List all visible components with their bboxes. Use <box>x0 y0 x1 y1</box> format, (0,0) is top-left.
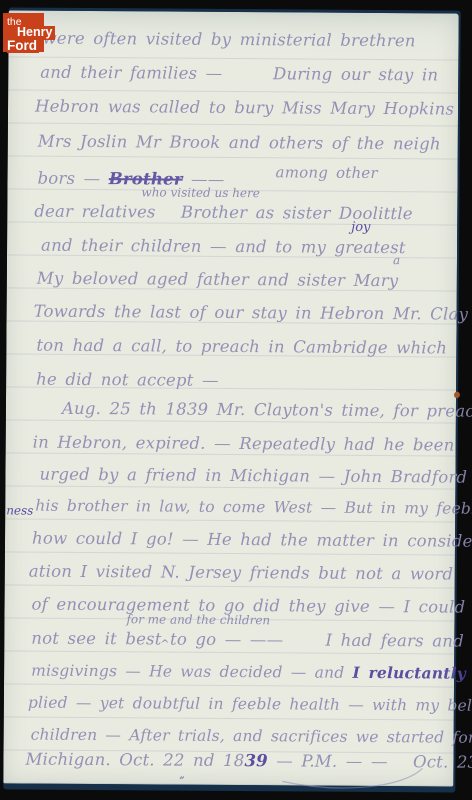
line-text: misgivings — He was decided — and <box>31 662 353 682</box>
line-text: I had fears and <box>325 631 464 651</box>
interlinear-insertion: joy <box>351 220 370 235</box>
handwriting-line: misgivings — He was decided — and I relu… <box>31 661 472 683</box>
manuscript-book-edge: were often visited by ministerial brethr… <box>3 7 460 792</box>
margin-note: ness <box>6 503 33 517</box>
handwriting-line: were often visited by ministerial brethr… <box>42 29 415 51</box>
henry-ford-logo: the Henry Ford <box>3 13 44 52</box>
foxing-spot <box>454 392 460 399</box>
overwritten-text: 39 <box>244 751 268 770</box>
handwriting-line: how could I go! — He had the matter in c… <box>32 529 472 551</box>
handwriting-line: in Hebron, expired. — Repeatedly had he … <box>33 433 455 455</box>
line-text-raised: among other <box>276 163 378 182</box>
handwriting-line: not see it best to go — —— I had fears a… <box>31 629 464 651</box>
line-text: com <box>466 665 472 683</box>
ditto-mark: „ <box>179 770 184 781</box>
caret-mark: ^ <box>160 638 169 651</box>
interlinear-insertion: for me and the children <box>126 612 270 627</box>
overwritten-text: I reluctantly <box>352 663 466 683</box>
handwriting-line: Towards the last of our stay in Hebron M… <box>34 302 469 324</box>
handwriting-line: and their children — and to my greatest <box>41 236 406 258</box>
handwriting-line: My beloved aged father and sister Mary <box>37 269 399 291</box>
handwriting-line: and their families — During our stay in <box>40 63 438 85</box>
interlinear-insertion: who visited us here <box>141 185 260 200</box>
scanned-document-view: were often visited by ministerial brethr… <box>0 0 472 800</box>
handwriting-line: he did not accept — <box>36 370 219 390</box>
line-text: bors — <box>37 169 108 188</box>
interlinear-insertion: a <box>393 253 400 267</box>
handwriting-line: Mrs Joslin Mr Brook and others of the ne… <box>38 132 441 154</box>
handwriting-line: Hebron was called to bury Miss Mary Hopk… <box>35 97 454 119</box>
handwriting-line: ton had a call, to preach in Cambridge w… <box>36 336 447 358</box>
handwriting-line: Aug. 25 th 1839 Mr. Clayton's time, for … <box>62 399 472 421</box>
flourish-mark <box>277 765 427 794</box>
logo-word-ford: Ford <box>7 39 39 53</box>
line-text: Michigan. Oct. 22 nd 18 <box>25 750 244 771</box>
handwriting-line: children — After trials, and sacrifices … <box>31 726 472 747</box>
handwriting-line: ation I visited N. Jersey friends but no… <box>29 562 454 584</box>
handwriting-line: urged by a friend in Michigan — John Bra… <box>39 465 467 487</box>
handwriting-line: plied — yet doubtful in feeble health — … <box>28 694 472 715</box>
handwriting-line: his brother in law, to come West — But i… <box>35 497 472 518</box>
line-text: not see it best to go — —— <box>31 629 325 650</box>
